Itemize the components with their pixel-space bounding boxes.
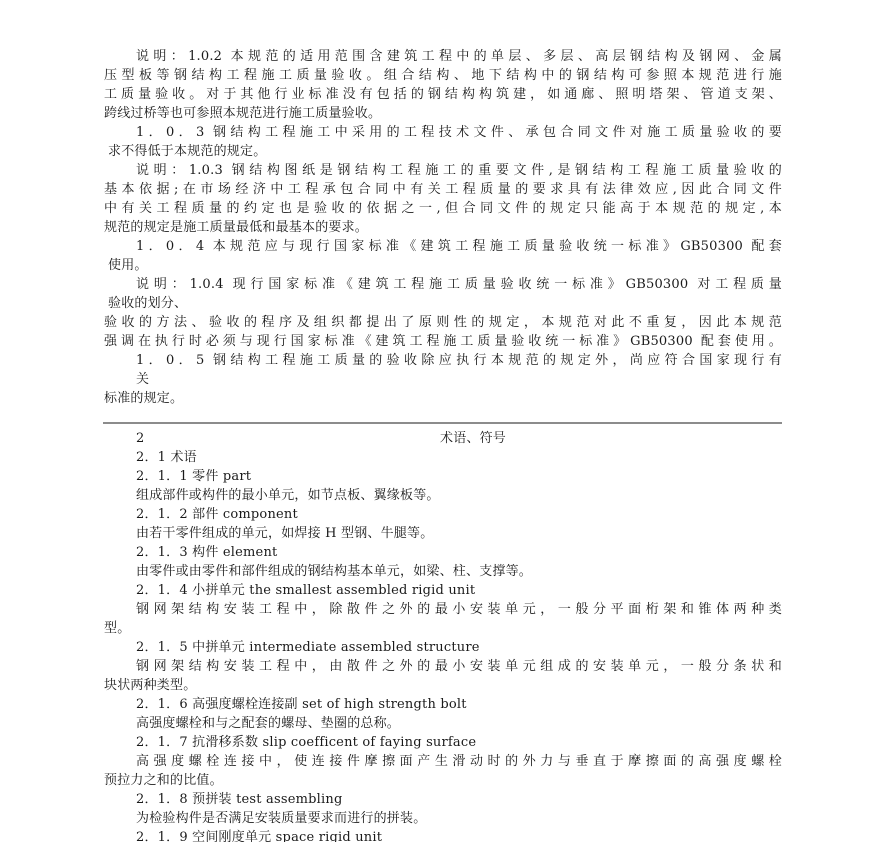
- term-heading: 2．1．2 部件 component: [136, 507, 298, 523]
- paragraph-line: 压型板等钢结构工程施工质量验收。组合结构、地下结构中的钢结构可参照本规范进行施: [104, 68, 782, 84]
- term-heading: 2．1．3 构件 element: [136, 545, 277, 561]
- page-separator: [103, 422, 782, 424]
- paragraph-line: 基本依据;在市场经济中工程承包合同中有关工程质量的要求具有法律效应,因此合同文件: [104, 182, 782, 198]
- term-heading: 2．1．9 空间刚度单元 space rigid unit: [136, 830, 382, 842]
- paragraph-line: 说明：1.0.3 钢结构图纸是钢结构工程施工的重要文件,是钢结构工程施工质量验收…: [136, 163, 782, 179]
- clause-line: 关: [136, 372, 149, 388]
- section-heading: 2．1 术语: [136, 450, 197, 466]
- chapter-title: 术语、符号: [440, 431, 506, 447]
- paragraph-line: 验收的划分、: [108, 296, 187, 312]
- paragraph-line: 规范的规定是施工质量最低和最基本的要求。: [104, 220, 368, 236]
- term-definition: 型。: [104, 621, 130, 637]
- term-definition: 高强度螺栓连接中，使连接件摩擦面产生滑动时的外力与垂直于摩擦面的高强度螺栓: [136, 754, 782, 770]
- paragraph-line: 跨线过桥等也可参照本规范进行施工质量验收。: [104, 106, 381, 122]
- term-definition: 由若干零件组成的单元，如焊接 H 型钢、牛腿等。: [136, 526, 433, 542]
- clause-line: 使用。: [108, 258, 148, 274]
- term-heading: 2．1．4 小拼单元 the smallest assembled rigid …: [136, 583, 475, 599]
- paragraph-line: 说明：1.0.2 本规范的适用范围含建筑工程中的单层、多层、高层钢结构及钢网、金…: [136, 49, 782, 65]
- term-definition: 钢网架结构安装工程中，除散件之外的最小安装单元，一般分平面桁架和锥体两种类: [136, 602, 782, 618]
- term-definition: 预拉力之和的比值。: [104, 773, 223, 789]
- document-page: 说明：1.0.2 本规范的适用范围含建筑工程中的单层、多层、高层钢结构及钢网、金…: [0, 0, 870, 842]
- paragraph-line: 验收的方法、验收的程序及组织都提出了原则性的规定，本规范对此不重复，因此本规范: [104, 315, 782, 331]
- chapter-number: 2: [136, 431, 144, 447]
- term-heading: 2．1．5 中拼单元 intermediate assembled struct…: [136, 640, 480, 656]
- term-heading: 2．1．7 抗滑移系数 slip coefficent of faying su…: [136, 735, 476, 751]
- term-definition: 组成部件或构件的最小单元，如节点板、翼缘板等。: [136, 488, 440, 504]
- term-heading: 2．1．8 预拼装 test assembling: [136, 792, 342, 808]
- clause-line: 1．0．3 钢结构工程施工中采用的工程技术文件、承包合同文件对施工质量验收的要: [136, 125, 782, 141]
- clause-line: 1．0．5 钢结构工程施工质量的验收除应执行本规范的规定外，尚应符合国家现行有: [136, 353, 782, 369]
- paragraph-line: 强调在执行时必须与现行国家标准《建筑工程施工质量验收统一标准》GB50300 配…: [104, 334, 782, 350]
- clause-line: 1．0．4 本规范应与现行国家标准《建筑工程施工质量验收统一标准》GB50300…: [136, 239, 782, 255]
- term-definition: 由零件或由零件和部件组成的钢结构基本单元，如梁、柱、支撑等。: [136, 564, 532, 580]
- term-definition: 为检验构件是否满足安装质量要求而进行的拼装。: [136, 811, 426, 827]
- paragraph-line: 中有关工程质量的约定也是验收的依据之一,但合同文件的规定只能高于本规范的规定,本: [104, 201, 782, 217]
- paragraph-line: 工质量验收。对于其他行业标准没有包括的钢结构构筑建，如通廊、照明塔架、管道支架、: [104, 87, 782, 103]
- term-heading: 2．1．1 零件 part: [136, 469, 251, 485]
- clause-line: 求不得低于本规范的规定。: [108, 144, 266, 160]
- term-definition: 钢网架结构安装工程中，由散件之外的最小安装单元组成的安装单元，一般分条状和: [136, 659, 782, 675]
- term-definition: 块状两种类型。: [104, 678, 196, 694]
- term-heading: 2．1．6 高强度螺栓连接副 set of high strength bolt: [136, 697, 467, 713]
- paragraph-line: 说明：1.0.4 现行国家标准《建筑工程施工质量验收统一标准》GB50300 对…: [136, 277, 782, 293]
- term-definition: 高强度螺栓和与之配套的螺母、垫圈的总称。: [136, 716, 400, 732]
- clause-line: 标准的规定。: [104, 391, 183, 407]
